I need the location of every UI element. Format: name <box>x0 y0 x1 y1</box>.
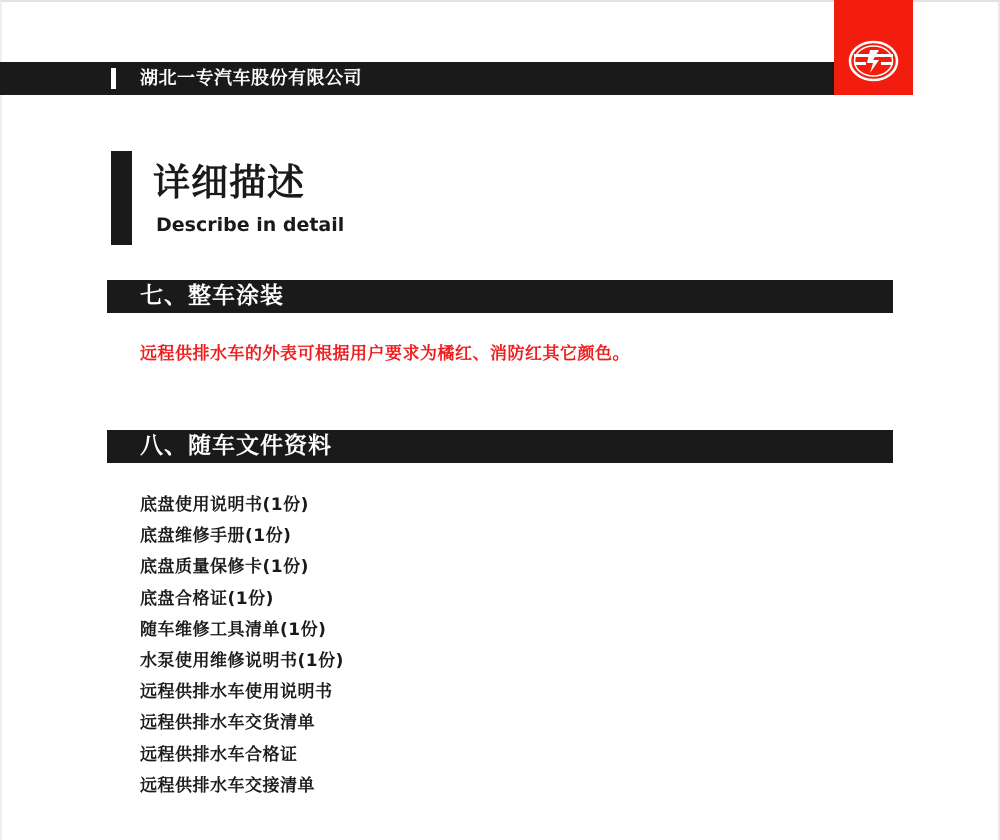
brand-logo-block <box>834 0 913 95</box>
company-name: 湖北一专汽车股份有限公司 <box>140 62 362 95</box>
list-item: 远程供排水车交接清单 <box>140 771 344 802</box>
list-item: 随车维修工具清单(1份) <box>140 615 344 646</box>
section-header-paint: 七、整车涂装 <box>107 280 893 313</box>
list-item: 底盘合格证(1份) <box>140 584 344 615</box>
document-list: 底盘使用说明书(1份) 底盘维修手册(1份) 底盘质量保修卡(1份) 底盘合格证… <box>140 490 344 802</box>
title-accent-bar <box>111 151 132 245</box>
paint-description: 远程供排水车的外表可根据用户要求为橘红、消防红其它颜色。 <box>140 341 630 367</box>
section-header-documents: 八、随车文件资料 <box>107 430 893 463</box>
list-item: 远程供排水车合格证 <box>140 740 344 771</box>
list-item: 底盘使用说明书(1份) <box>140 490 344 521</box>
header-bar: 湖北一专汽车股份有限公司 <box>0 62 834 95</box>
list-item: 远程供排水车使用说明书 <box>140 677 344 708</box>
list-item: 远程供排水车交货清单 <box>140 708 344 739</box>
section-title: 八、随车文件资料 <box>140 430 332 463</box>
list-item: 底盘维修手册(1份) <box>140 521 344 552</box>
list-item: 底盘质量保修卡(1份) <box>140 552 344 583</box>
section-title: 七、整车涂装 <box>140 280 284 313</box>
header-accent-mark <box>111 68 116 89</box>
list-item: 水泵使用维修说明书(1份) <box>140 646 344 677</box>
company-logo-icon <box>848 40 899 82</box>
page-title: 详细描述 <box>153 160 305 206</box>
page-subtitle: Describe in detail <box>156 212 344 238</box>
